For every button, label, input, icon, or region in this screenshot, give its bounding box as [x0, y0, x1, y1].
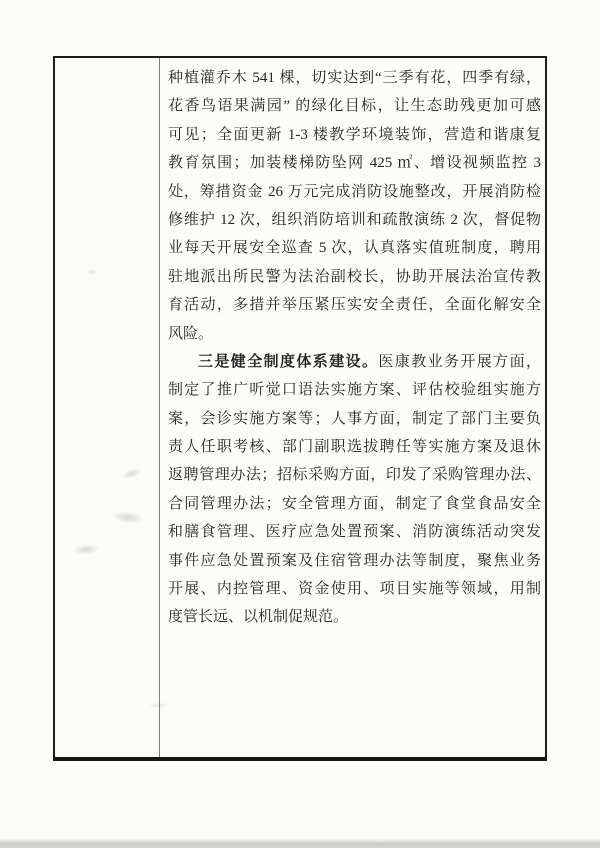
text-line: 开展、内控管理、资金使用、项目实施等领域，用制 [168, 575, 541, 603]
document-table: 种植灌乔木 541 棵，切实达到“三季有花，四季有绿， 花香鸟语果满园” 的绿化… [53, 56, 547, 761]
text-line: 返聘管理办法；招标采购方面，印发了采购管理办法、 [168, 461, 541, 489]
text-line: 育活动，多措并举压紧压实安全责任，全面化解安全 [168, 291, 541, 319]
text-line: 种植灌乔木 541 棵，切实达到“三季有花，四季有绿， [168, 64, 541, 92]
text-line: 制定了推广听觉口语法实施方案、评估校验组实施方 [168, 376, 541, 404]
table-text-cell: 种植灌乔木 541 棵，切实达到“三季有花，四季有绿， 花香鸟语果满园” 的绿化… [160, 58, 545, 757]
text-line: 驻地派出所民警为法治副校长，协助开展法治宣传教 [168, 263, 541, 291]
scan-edge-shadow [0, 839, 600, 848]
text-run: 医康教业务开展方面， [378, 354, 541, 370]
text-line: 事件应急处置预案及住宿管理办法等制度，聚焦业务 [168, 547, 541, 575]
scanned-document-page: 种植灌乔木 541 棵，切实达到“三季有花，四季有绿， 花香鸟语果满园” 的绿化… [0, 0, 600, 848]
text-line: 处，筹措资金 26 万元完成消防设施整改，开展消防检 [168, 178, 541, 206]
text-line: 花香鸟语果满园” 的绿化目标，让生态助残更加可感 [168, 92, 541, 120]
bold-heading-run: 三是健全制度体系建设。 [198, 354, 378, 370]
text-line: 和膳食管理、医疗应急处置预案、消防演练活动突发 [168, 518, 541, 546]
text-line: 可见；全面更新 1-3 楼教学环境装饰，营造和谐康复 [168, 121, 541, 149]
text-line-paragraph-end: 风险。 [168, 320, 541, 348]
scan-smudge [146, 701, 170, 709]
text-line-paragraph-start: 三是健全制度体系建设。医康教业务开展方面， [168, 348, 541, 376]
text-line: 责人任职考核、部门副职选拔聘任等实施方案及退休 [168, 433, 541, 461]
text-line: 教育氛围；加装楼梯防坠网 425 ㎡、增设视频监控 3 [168, 149, 541, 177]
text-line: 案，会诊实施方案等；人事方面，制定了部门主要负 [168, 405, 541, 433]
text-line: 修维护 12 次，组织消防培训和疏散演练 2 次，督促物 [168, 206, 541, 234]
table-left-cell [55, 58, 160, 757]
text-line: 合同管理办法；安全管理方面，制定了食堂食品安全 [168, 490, 541, 518]
text-line: 业每天开展安全巡查 5 次，认真落实值班制度，聘用 [168, 234, 541, 262]
text-line-paragraph-end: 度管长远、以机制促规范。 [168, 603, 541, 631]
